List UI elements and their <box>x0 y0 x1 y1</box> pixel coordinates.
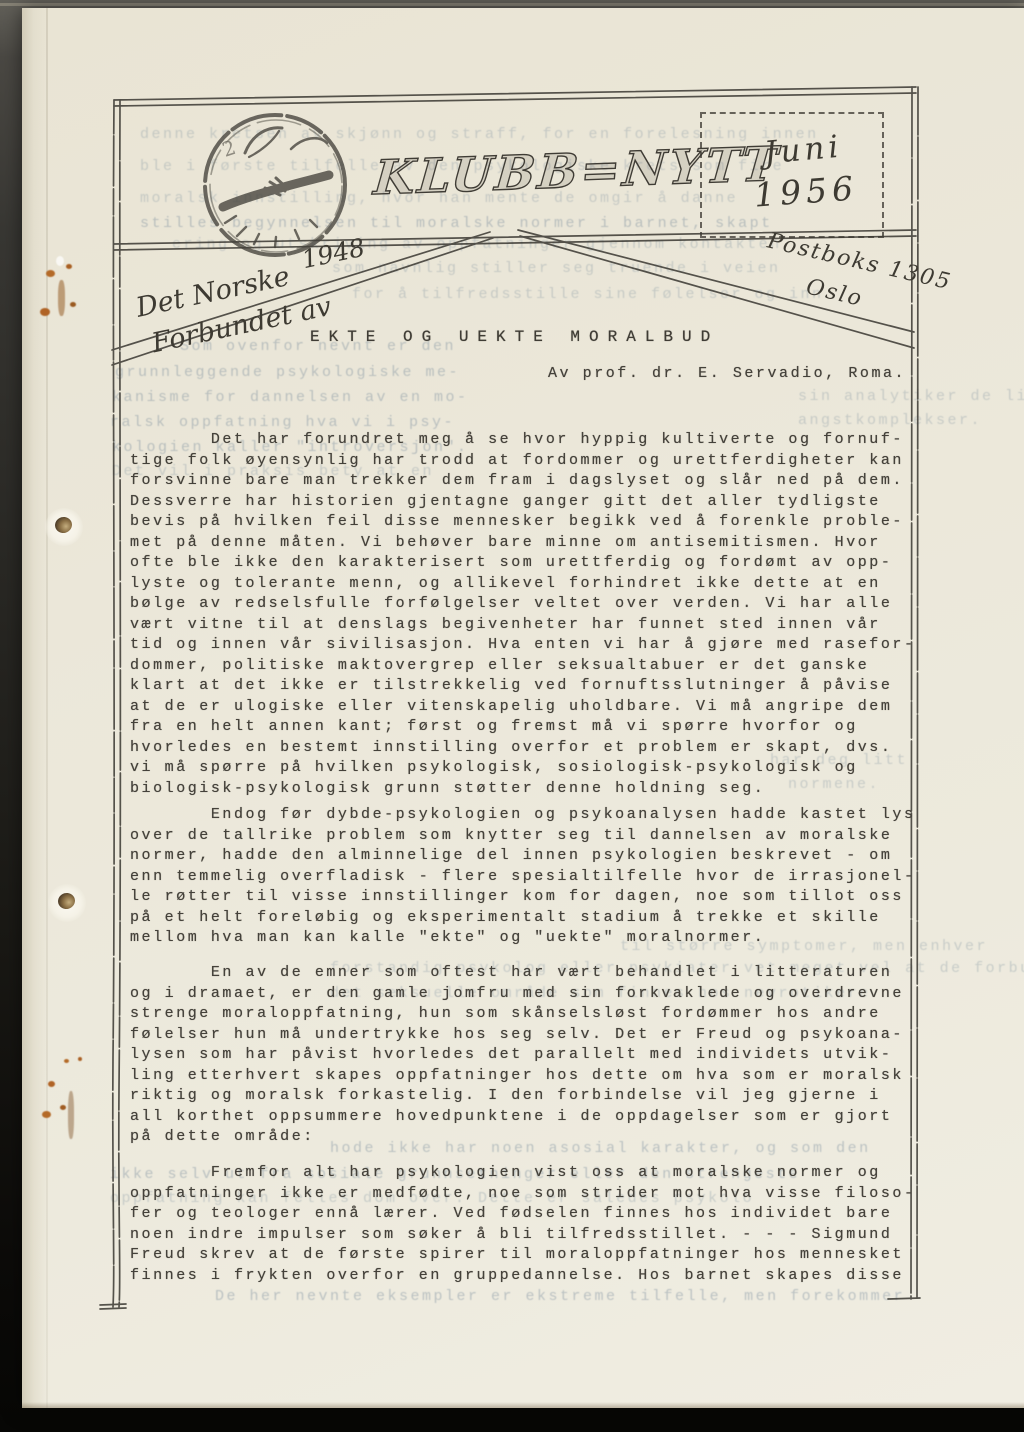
article-title: EKTE OG UEKTE MORALBUD <box>310 328 719 346</box>
article-paragraph: Endog før dybde-psykologien og psykoanal… <box>130 805 916 949</box>
article-paragraph: En av de emner som oftest har vært behan… <box>130 963 904 1148</box>
typed-line: fer og teologer ennå lærer. Ved fødselen… <box>130 1204 916 1225</box>
typed-line: hvorledes en bestemt innstilling overfor… <box>130 738 916 759</box>
typed-line: klart at det ikke er tilstrekkelig ved f… <box>130 676 916 697</box>
typed-line: på dette område: <box>130 1127 904 1148</box>
typed-line: fra en helt annen kant; først og fremst … <box>130 717 916 738</box>
typed-line: vi må spørre på hvilken psykologisk, sos… <box>130 758 916 779</box>
typed-line: tige folk øyensynlig har trodd at fordom… <box>130 451 916 472</box>
document-page: denne kretsen av skjønn og straff, for e… <box>22 8 1024 1408</box>
typed-line: tid og innen vår sivilisasjon. Hva enten… <box>130 635 916 656</box>
typed-line: Det har forundret meg å se hvor hyppig k… <box>130 430 916 451</box>
typed-line: finnes i frykten overfor en gruppedannel… <box>130 1266 916 1287</box>
typed-line: noen indre impulser som søker å bli tilf… <box>130 1225 916 1246</box>
typed-line: at de er ulogiske eller vitenskapelig uh… <box>130 697 916 718</box>
typed-line: ofte ble ikke den karakterisert som uret… <box>130 553 916 574</box>
date-year: 1956 <box>753 168 859 214</box>
typed-line: forsvinne bare man trekker dem fram i da… <box>130 471 916 492</box>
typed-line: lysen som har påvist hvorledes det paral… <box>130 1045 904 1066</box>
rust-stain <box>36 256 84 346</box>
typed-line: mellom hva man kan kalle "ekte" og "uekt… <box>130 928 916 949</box>
typed-line: over de tallrike problem som knytter seg… <box>130 826 916 847</box>
typed-line: riktig og moralsk forkastelig. I den for… <box>130 1086 904 1107</box>
typed-line: dommer, politiske maktovergrep eller sek… <box>130 656 916 677</box>
typed-line: all korthet oppsummere hovedpunktene i d… <box>130 1107 904 1128</box>
svg-text:2: 2 <box>219 135 239 162</box>
address-city: Oslo <box>804 275 866 312</box>
typed-line: En av de emner som oftest har vært behan… <box>130 963 904 984</box>
typed-line: på et helt foreløbig og eksperimentalt s… <box>130 908 916 929</box>
typed-line: lyste og tolerante menn, og allikevel fo… <box>130 574 916 595</box>
article-paragraph: Fremfor alt har psykologien vist oss at … <box>130 1163 916 1286</box>
typed-line: biologisk-psykologisk grunn støtter denn… <box>130 779 916 800</box>
typed-line: følelser hun må undertrykke hos seg selv… <box>130 1025 904 1046</box>
punch-hole <box>48 884 86 922</box>
org-founding-year: 1948 <box>299 233 367 275</box>
typed-line: enn temmelig overfladisk - flere spesial… <box>130 867 916 888</box>
date-box: Juni 1956 <box>700 112 884 238</box>
article-byline: Av prof. dr. E. Servadio, Roma. <box>548 364 906 385</box>
typed-line: normer, hadde den alminnelige del innen … <box>130 846 916 867</box>
typed-line: Fremfor alt har psykologien vist oss at … <box>130 1163 916 1184</box>
typed-line: Endog før dybde-psykologien og psykoanal… <box>130 805 916 826</box>
typed-line: vært vitne til at denslags begivenheter … <box>130 615 916 636</box>
photo-backdrop: denne kretsen av skjønn og straff, for e… <box>0 0 1024 1432</box>
typed-line: ling etterhvert skapes oppfatninger hos … <box>130 1066 904 1087</box>
article-paragraph: Det har forundret meg å se hvor hyppig k… <box>130 430 916 799</box>
typed-line: bevis på hvilken feil disse mennesker be… <box>130 512 916 533</box>
typed-line: Dessverre har historien gjentagne ganger… <box>130 492 916 513</box>
typed-line: Freud skrev at de første spirer til mora… <box>130 1245 916 1266</box>
punch-hole <box>45 508 83 546</box>
typed-line: le røtter til visse innstillinger kom fo… <box>130 887 916 908</box>
date-month: Juni <box>763 129 844 172</box>
typed-line: og i dramaet, er den gamle jomfru med si… <box>130 984 904 1005</box>
typed-line: oppfatninger ikke er medfødte, noe som s… <box>130 1184 916 1205</box>
typed-line: bølge av redselsfulle forfølgelser velte… <box>130 594 916 615</box>
typed-line: strenge moraloppfatning, hun som skånsel… <box>130 1004 904 1025</box>
rust-stain <box>36 1053 90 1153</box>
typed-line: met på denne måten. Vi behøver bare minn… <box>130 533 916 554</box>
